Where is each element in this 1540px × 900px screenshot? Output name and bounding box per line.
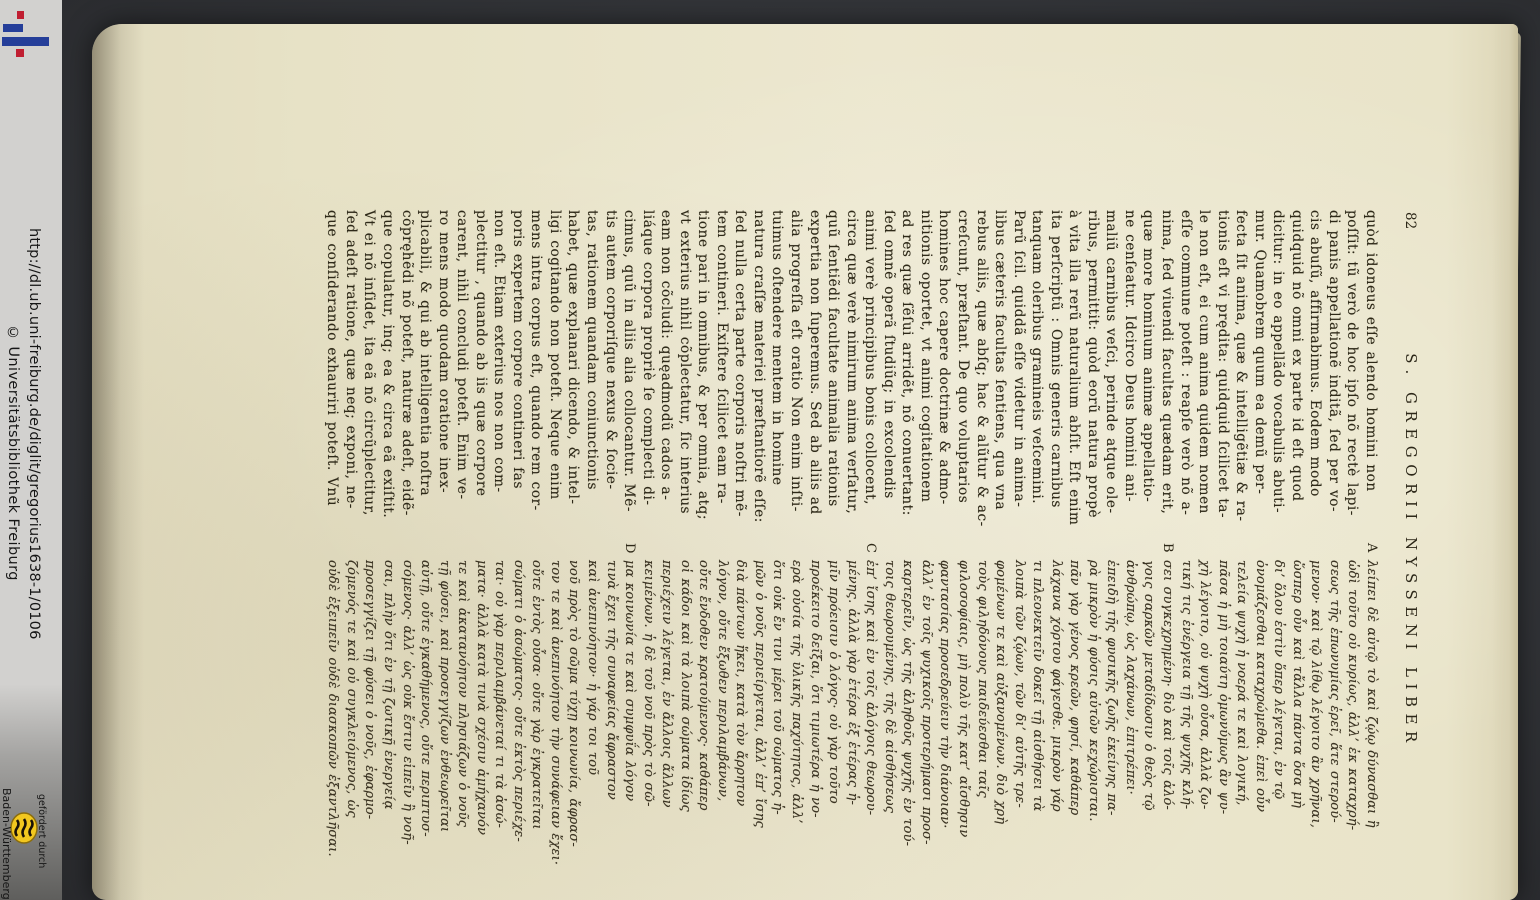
scan-frame-sidebar: http://dl.ub.uni-freiburg.de/diglit/greg…: [0, 0, 62, 900]
greek-line: χὴ λέγοιτο, οὐ ψυχὴ οὖσα, ἀλλὰ ζω-: [1195, 560, 1214, 894]
latin-line: tuimus oſtendere mentem in homine: [768, 210, 787, 556]
logo-blue-bar-short: [3, 24, 23, 32]
latin-line: eam non cõcludi: quęadmodũ cados a-: [657, 210, 676, 556]
latin-line: natura craſſæ materiei præſtantiorẽ eſſe…: [749, 210, 768, 556]
greek-line: σόμενος· ἀλλ’ ὡς οὐκ ἔστιν εἰπεῖν ἢ νοῆ-: [397, 560, 416, 894]
greek-line: οὔτε ἐντὸς οὖσα· οὔτε γὰρ ἐγκρατεῖται: [527, 560, 546, 894]
greek-line: μῶν ὁ νοῦς περιείργεται, ἀλλ’ ἐπ’ ἴσης: [749, 560, 768, 894]
greek-line: λάχανα χόρτου φάγεσθε. μικρὸν γάρ: [1046, 560, 1065, 894]
latin-line: poſſit: tũ verò de hoc ipſo nõ rectè lap…: [1343, 210, 1362, 556]
latin-line: ne cenſeatur. Idcirco Deus homini ani-: [1120, 210, 1139, 556]
latin-line: ita perſcriptũ : Omnis generis carnibus: [1046, 210, 1065, 556]
latin-line: tas, rationem quandam coniunctionis: [582, 210, 601, 556]
greek-line: τοις θεωρουμένης, τῆς δὲ αἰσθήσεως: [879, 560, 898, 894]
latin-line: ligi cogitando non poteſt. Neque enim: [545, 210, 564, 556]
latin-line: cis abuſũ, affirmabimus. Eodem modo: [1306, 210, 1325, 556]
greek-line: ὀνομάζεσθαι καταχρώμεθα. ἐπεὶ οὖν: [1250, 560, 1269, 894]
greek-line: ὥσπερ οὖν καὶ τἄλλα πάντα ὅσα μὴ: [1287, 560, 1306, 894]
latin-line: libus cæteris facultas ſentiens, qua vna: [991, 210, 1010, 556]
greek-line: μενον· καὶ τῷ λίθῳ λέγοιτο ἂν χρῆναι,: [1306, 560, 1325, 894]
latin-line: maliũ carnibus veſci, perinde atque ole-: [1102, 210, 1121, 556]
baden-wuerttemberg-crest-icon: [10, 812, 38, 848]
margin-letter: D: [622, 543, 637, 553]
latin-line: ſed omnẽ operã ſtudiũq; in excolendis: [879, 210, 898, 556]
running-title: S. GREGORII NYSSENI LIBER: [1402, 210, 1420, 892]
greek-line: ρὰ μικρὸν ἡ φύσις αὐτῶν κεχώρισται.: [1083, 560, 1102, 894]
latin-line: que conſiderando exhauriri poteſt. Vnũ: [323, 210, 342, 556]
greek-line: ἐπειδὴ τῆς φυσικῆς ζωῆς ἐκείνης πα-: [1102, 560, 1121, 894]
greek-line: σώματι ὁ ἀσώματος· οὔτε ἐκτὸς περιέχε-: [508, 560, 527, 894]
latin-line: poris expertem corpore contineri fas: [508, 210, 527, 556]
greek-line: ται· οὐ γὰρ περιλαμβάνεταί τι τὰ ἀσώ-: [490, 560, 509, 894]
latin-line: eſſe commune poteſt : reapſe verò nõ a-: [1176, 210, 1195, 556]
greek-line: διὰ πάντων ἥκει, κατὰ τὸν ἄρρητον: [731, 560, 750, 894]
latin-line: alia progreſſa eſt oratio Non enim inſti…: [787, 210, 806, 556]
copyright-label: © Universitätsbibliothek Freiburg: [5, 325, 21, 581]
margin-letter: A: [1364, 543, 1379, 552]
greek-line: οὔτε ἔνδοθεν κρατούμενος· καθάπερ: [694, 560, 713, 894]
latin-line: nitionis oportet, vt animi cogitationem: [916, 210, 935, 556]
latin-line: rebus aliis, quæ abſq; hac & alũtur & ac…: [972, 210, 991, 556]
latin-line: ſed adeſt ratione, quæ neq; exponi, ne-: [341, 210, 360, 556]
greek-line: φιλοσοφίαις, μὴ πολὺ τῆς κατ’ αἴσθησιν: [953, 560, 972, 894]
greek-line: μένης. ἀλλὰ γὰρ ἑτέρα ἐξ ἑτέρας ἡ-: [842, 560, 861, 894]
latin-line: tem contineri. Exiſtere ſcilicet eam ra-: [712, 210, 731, 556]
latin-line: tis autem corporiſque nexus & ſocie-: [601, 210, 620, 556]
latin-line: ribus, permittit: quòd eorũ natura propè: [1083, 210, 1102, 556]
latin-line: vt exterius nihil cõplectatur, ſic inter…: [675, 210, 694, 556]
latin-line: carent, nihil concludi poteſt. Enim ve-: [453, 210, 472, 556]
latin-line: cõpręhẽdi nõ poteſt, naturæ adeſt, eidẽ-: [397, 210, 416, 556]
greek-line: ματα· ἀλλὰ κατὰ τινὰ σχέσιν ἀμήχανόν: [471, 560, 490, 894]
greek-line: μα κοινωνία τε καὶ συμφυΐα λόγον: [620, 560, 639, 894]
greek-line: οὐδὲ ἐξειπεῖν οὐδὲ διασκοπῶν ἐξαντλῆσαι.: [323, 560, 342, 894]
latin-line: quidquid nõ omni ex parte id eſt quod: [1287, 210, 1306, 556]
greek-line: ἐπ’ ἴσης καὶ ἐν τοῖς ἀλόγοις θεωρου-: [861, 560, 880, 894]
greek-line: οἱ κάδοι καὶ τὰ λοιπὰ σώματα ἰδίως: [675, 560, 694, 894]
latin-column: quòd idoneus eſſe alendo homini nonpoſſi…: [323, 210, 1380, 556]
greek-line: σεως τῆς ἐπωνυμίας ἐρεῖ, ἅτε στερού-: [1324, 560, 1343, 894]
latin-line: ad res quæ ſẽſui arridẽt, nõ conuertant:: [898, 210, 917, 556]
book-photo: 82 S. GREGORII NYSSENI LIBER quòd idoneu…: [92, 24, 1518, 900]
latin-line: ro mens modo quodam oratione inex-: [434, 210, 453, 556]
latin-line: liáque corpora propriè ſe complecti di-: [638, 210, 657, 556]
greek-line: ὅτι οὐκ ἔν τινι μέρει τοῦ σώματος ἡ-: [768, 560, 787, 894]
latin-line: dicitur: in eo appellãdo vocabulis abuti…: [1269, 210, 1288, 556]
latin-line: à vita illa rerũ naturalium abſit. Eſt e…: [1065, 210, 1084, 556]
greek-line: αὐτῇ, οὔτε ἐγκαθήμενος, οὔτε περιπτυσ-: [416, 560, 435, 894]
latin-line: animi verè principibus bonis collocent,: [861, 210, 880, 556]
latin-line: le non eſt, ei cum anima quidem nomen: [1195, 210, 1214, 556]
greek-column: λείπει δὲ αὐτῷ τὸ καὶ ζῴῳ δύνασθαι ἢὡδὶ …: [323, 560, 1380, 894]
latin-line: plicabili, & qui ab intelligentia noſtra: [416, 210, 435, 556]
latin-line: quòd idoneus eſſe alendo homini non: [1361, 210, 1380, 556]
logo-red-square-bottom: [16, 49, 24, 57]
greek-line: πᾶσα ἡ μὴ τοιαύτη ὁμωνύμως ἂν ψυ-: [1213, 560, 1232, 894]
greek-line: νοῦ πρὸς τὸ σῶμα τύχῃ κοινωνία, ἄφρασ-: [564, 560, 583, 894]
greek-line: σαι, πλὴν ὅτι ἐν τῇ ζωτικῇ ἐνεργείᾳ: [378, 560, 397, 894]
latin-line: habet, quæ explanari dicendo, & intel-: [564, 210, 583, 556]
greek-line: τική τις ἐνέργεια τῇ τῆς ψυχῆς κλή-: [1176, 560, 1195, 894]
greek-line: τελεία ψυχὴ ἡ νοερά τε καὶ λογική,: [1232, 560, 1251, 894]
latin-line: que copulatur, inq; ea & circa eã exiſti…: [378, 210, 397, 556]
logo-red-square-top: [17, 11, 24, 19]
latin-line: quũ ſentiẽdi facultate animalia rationis: [824, 210, 843, 556]
latin-line: nima, ſed viuendi facultas quædam erit,: [1157, 210, 1176, 556]
greek-line: περιέχειν λέγεται, ἐν ἄλλοις ἄλλων: [657, 560, 676, 894]
latin-line: tanquam oleribus gramineis veſcemini.: [1028, 210, 1047, 556]
latin-line: creſcunt, præſtant. De quo voluptarios: [953, 210, 972, 556]
latin-line: cimus, quũ in aliis alia collocantur. Mẽ…: [620, 210, 639, 556]
greek-line: λοιπὰ τῶν ζῴων, τῶν δι’ αὐτῆς τρε-: [1009, 560, 1028, 894]
greek-line: μῖν πρόεισιν ὁ λόγος· οὐ γὰρ τοῦτο: [824, 560, 843, 894]
latin-line: mens intra corpus eſt, quando rem cor-: [527, 210, 546, 556]
greek-line: ερὰ οὐσία τῆς ὑλικῆς παχύτητος, ἀλλ’: [787, 560, 806, 894]
greek-line: ζόμενός τε καὶ οὐ συγκλειόμενος, ὡς: [341, 560, 360, 894]
latin-line: non eſt. Etiam exterius nos non com-: [490, 210, 509, 556]
greek-line: πᾶν γὰρ γένος κρεῶν, φησί, καθάπερ: [1065, 560, 1084, 894]
greek-line: ἀνθρώπῳ, ὡς λαχάνων, ἐπιτρέπει·: [1120, 560, 1139, 894]
greek-line: σει συγκεχρημένη· διὸ καὶ τοῖς ἀλό-: [1157, 560, 1176, 894]
greek-line: φαντασίας προσεδρεύειν τὴν διάνοιαν·: [935, 560, 954, 894]
greek-line: δι’ ὅλου ἐστὶν ὅπερ λέγεται, ἐν τῷ: [1269, 560, 1288, 894]
source-url-label: http://dl.ub.uni-freiburg.de/diglit/greg…: [26, 228, 42, 640]
greek-line: κειμένων. ἡ δὲ τοῦ νοῦ πρὸς τὸ σῶ-: [638, 560, 657, 894]
latin-line: expertia non ſuperemus. Sed ab aliis ad: [805, 210, 824, 556]
page-header: 82 S. GREGORII NYSSENI LIBER: [1398, 210, 1420, 892]
digitized-book-viewer: http://dl.ub.uni-freiburg.de/diglit/greg…: [0, 0, 1540, 900]
latin-line: mur. Quamobrem quum ea demũ per-: [1250, 210, 1269, 556]
greek-line: φομένων τε καὶ αὐξανομένων. διὸ χρὴ: [991, 560, 1010, 894]
greek-line: ἀλλ’ ἐν τοῖς ψυχικοῖς προτερήμασι προσ-: [916, 560, 935, 894]
greek-line: τι πλεονεκτεῖν δοκεῖ τῇ αἰσθήσει τὰ: [1028, 560, 1047, 894]
greek-line: τε καὶ ἀκατανόητον πλησιάζων ὁ νοῦς: [453, 560, 472, 894]
greek-line: προσεγγίζει τῇ φύσει ὁ νοῦς, ἐφαρμο-: [360, 560, 379, 894]
latin-line: tione pari in omnibus, & per omnia, atq;: [694, 210, 713, 556]
greek-line: τινὰ ἔχει τῆς συναφείας ἄφραστον: [601, 560, 620, 894]
latin-line: tionis eſt vi prędita: quidquid ſcilicet…: [1213, 210, 1232, 556]
page-scan: 82 S. GREGORII NYSSENI LIBER quòd idoneu…: [92, 24, 1518, 900]
logo-blue-bar-long: [2, 37, 49, 46]
funding-region-label: Baden-Württemberg: [0, 788, 13, 900]
latin-line: homines hoc capere doctrinæ & admo-: [935, 210, 954, 556]
gutter: ABCD: [318, 543, 1380, 559]
greek-line: ὡδὶ τοῦτο οὐ κυρίως, ἀλλ’ ἐκ καταχρή-: [1343, 560, 1362, 894]
greek-line: τῇ φύσει, καὶ προσεγγίζων ἐνθεωρεῖται: [434, 560, 453, 894]
latin-line: ſed nulla certa parte corporis noſtri mẽ…: [731, 210, 750, 556]
latin-line: plectitur , quando ab iis quæ corpore: [471, 210, 490, 556]
greek-line: λείπει δὲ αὐτῷ τὸ καὶ ζῴῳ δύνασθαι ἢ: [1361, 560, 1380, 894]
greek-line: λόγον, οὔτε ἔξωθεν περιλαμβάνων,: [712, 560, 731, 894]
latin-line: Parũ ſcil. quiddã eſſe videtur in anima-: [1009, 210, 1028, 556]
latin-line: quæ more hominum animæ appellatio-: [1139, 210, 1158, 556]
greek-line: γοις σαρκῶν μεταδίδωσιν ὁ θεὸς τῷ: [1139, 560, 1158, 894]
margin-letter: B: [1160, 543, 1175, 553]
greek-line: καὶ ἀνεπινόητον· ἡ γάρ τοι τοῦ: [582, 560, 601, 894]
latin-line: Vt ei nõ inſidet, ita eã nõ circũplectit…: [360, 210, 379, 556]
greek-line: καρτερεῖν, ὡς τῆς ἀληθοῦς ψυχῆς ἐν τού-: [898, 560, 917, 894]
greek-line: προέκειτο δεῖξαι, ὅτι τιμιωτέρα ἡ νο-: [805, 560, 824, 894]
greek-line: τοὺς φιληδόνους παιδεύεσθαι ταῖς: [972, 560, 991, 894]
ub-freiburg-logo-icon: [0, 8, 56, 60]
latin-line: di panis appellationẽ inditã, ſed per vo…: [1324, 210, 1343, 556]
latin-line: circa quæ verè nimirum anima verſatur,: [842, 210, 861, 556]
greek-line: τον τε καὶ ἀνεπινόητον τὴν συνάφειαν ἔχε…: [545, 560, 564, 894]
latin-line: fecta ſit anima, quæ & intelligẽtiæ & ra…: [1232, 210, 1251, 556]
margin-letter: C: [863, 543, 878, 553]
